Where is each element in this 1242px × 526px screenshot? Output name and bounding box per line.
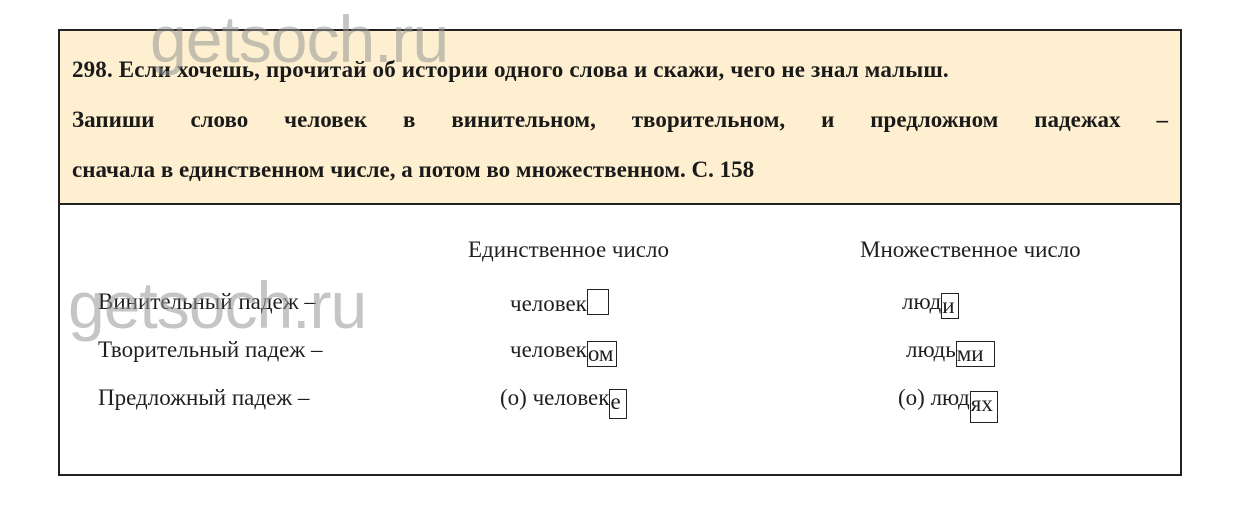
form-plural-prepositional: (о) людях [898, 385, 998, 423]
task-line-3: сначала в единственном числе, а потом во… [72, 145, 1168, 195]
word-stem: (о) люд [898, 385, 970, 410]
word-stem: (о) человек [500, 385, 609, 410]
word-stem: человек [510, 337, 587, 362]
form-singular-prepositional: (о) человеке [500, 385, 627, 419]
ending-box: е [609, 389, 627, 419]
form-singular-instrumental: человеком [510, 337, 617, 367]
task-statement: 298. Если хочешь, прочитай об истории од… [60, 31, 1180, 205]
ending-box: и [941, 293, 959, 319]
column-header-plural: Множественное число [860, 237, 1081, 263]
answer-table: Единственное число Множественное число В… [60, 207, 1180, 474]
form-plural-accusative: люди [902, 289, 959, 319]
case-label-prepositional: Предложный падеж – [98, 385, 309, 411]
ending-box: ях [970, 391, 998, 423]
task-line-1: 298. Если хочешь, прочитай об истории од… [72, 45, 1168, 95]
word-stem: люд [902, 289, 941, 314]
form-singular-accusative: человек [510, 289, 609, 317]
ending-box: ми [956, 341, 995, 367]
exercise-frame: 298. Если хочешь, прочитай об истории од… [58, 29, 1182, 476]
column-header-singular: Единственное число [468, 237, 669, 263]
ending-box: ом [587, 341, 617, 367]
case-label-instrumental: Творительный падеж – [98, 337, 323, 363]
word-stem: людь [906, 337, 956, 362]
case-label-accusative: Винительный падеж – [98, 289, 316, 315]
task-line-2: Запиши слово человек в винительном, твор… [72, 95, 1168, 145]
word-stem: человек [510, 291, 587, 316]
ending-box [587, 289, 609, 315]
form-plural-instrumental: людьми [906, 337, 995, 367]
